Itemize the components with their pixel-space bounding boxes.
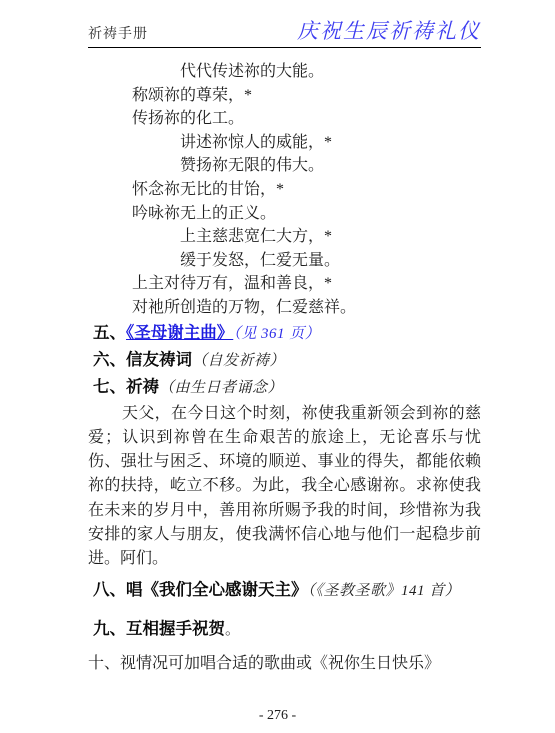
psalm-line: 讲述祢惊人的威能，*	[88, 131, 481, 155]
section-7-title: 祈祷	[126, 378, 159, 396]
section-6-note: （自发祈祷）	[192, 353, 285, 369]
psalm-line: 吟咏祢无上的正义。	[88, 202, 481, 226]
section-7-number: 七、	[93, 378, 126, 396]
psalm-line: 称颂祢的尊荣，*	[88, 84, 481, 108]
psalm-line: 上主慈悲宽仁大方，*	[88, 225, 481, 249]
magnificat-link[interactable]: 《圣母谢主曲》	[126, 324, 233, 342]
header-chapter-title: 庆祝生辰祈祷礼仪	[297, 15, 481, 45]
section-9-heading: 九、互相握手祝贺。	[88, 616, 481, 643]
section-8-title: 唱《我们全心感谢天主》	[126, 581, 308, 599]
psalm-line: 对祂所创造的万物，仁爱慈祥。	[88, 296, 481, 320]
page-number: - 276 -	[0, 708, 555, 724]
section-7-heading: 七、祈祷（由生日者诵念）	[88, 374, 481, 401]
section-8-number: 八、	[93, 581, 126, 599]
psalm-line: 上主对待万有，温和善良，*	[88, 272, 481, 296]
section-9-period: 。	[225, 622, 240, 638]
section-5-heading: 五、《圣母谢主曲》（见 361 页）	[88, 320, 481, 347]
psalm-line: 代代传述祢的大能。	[88, 60, 481, 84]
section-5-number: 五、	[93, 324, 126, 342]
section-9-title: 互相握手祝贺	[126, 620, 225, 638]
section-6-title: 信友祷词	[126, 351, 192, 369]
psalm-line: 赞扬祢无限的伟大。	[88, 154, 481, 178]
header-booklet-title: 祈祷手册	[88, 23, 148, 45]
document-page: 祈祷手册 庆祝生辰祈祷礼仪 代代传述祢的大能。 称颂祢的尊荣，* 传扬祢的化工。…	[0, 0, 555, 733]
psalm-line: 怀念祢无比的甘饴，*	[88, 178, 481, 202]
section-6-heading: 六、信友祷词（自发祈祷）	[88, 347, 481, 374]
section-9-number: 九、	[93, 620, 126, 638]
section-5-page-ref: （见 361 页）	[233, 326, 320, 342]
section-6-number: 六、	[93, 351, 126, 369]
section-10-text: 视情况可加唱合适的歌曲或《祝你生日快乐》	[120, 655, 440, 672]
section-8-note: （《圣教圣歌》141 首）	[308, 583, 461, 599]
section-8-heading: 八、唱《我们全心感谢天主》（《圣教圣歌》141 首）	[88, 577, 481, 604]
psalm-line: 缓于发怒，仁爱无量。	[88, 249, 481, 273]
psalm-verses: 代代传述祢的大能。 称颂祢的尊荣，* 传扬祢的化工。 讲述祢惊人的威能，* 赞扬…	[88, 60, 481, 320]
page-header: 祈祷手册 庆祝生辰祈祷礼仪	[88, 0, 481, 48]
section-7-note: （由生日者诵念）	[159, 380, 283, 396]
section-10-line: 十、视情况可加唱合适的歌曲或《祝你生日快乐》	[88, 652, 481, 676]
psalm-line: 传扬祢的化工。	[88, 107, 481, 131]
birthday-prayer-text: 天父，在今日这个时刻，祢使我重新领会到祢的慈爱；认识到祢曾在生命艰苦的旅途上，无…	[88, 402, 481, 572]
section-10-number: 十、	[88, 655, 120, 672]
